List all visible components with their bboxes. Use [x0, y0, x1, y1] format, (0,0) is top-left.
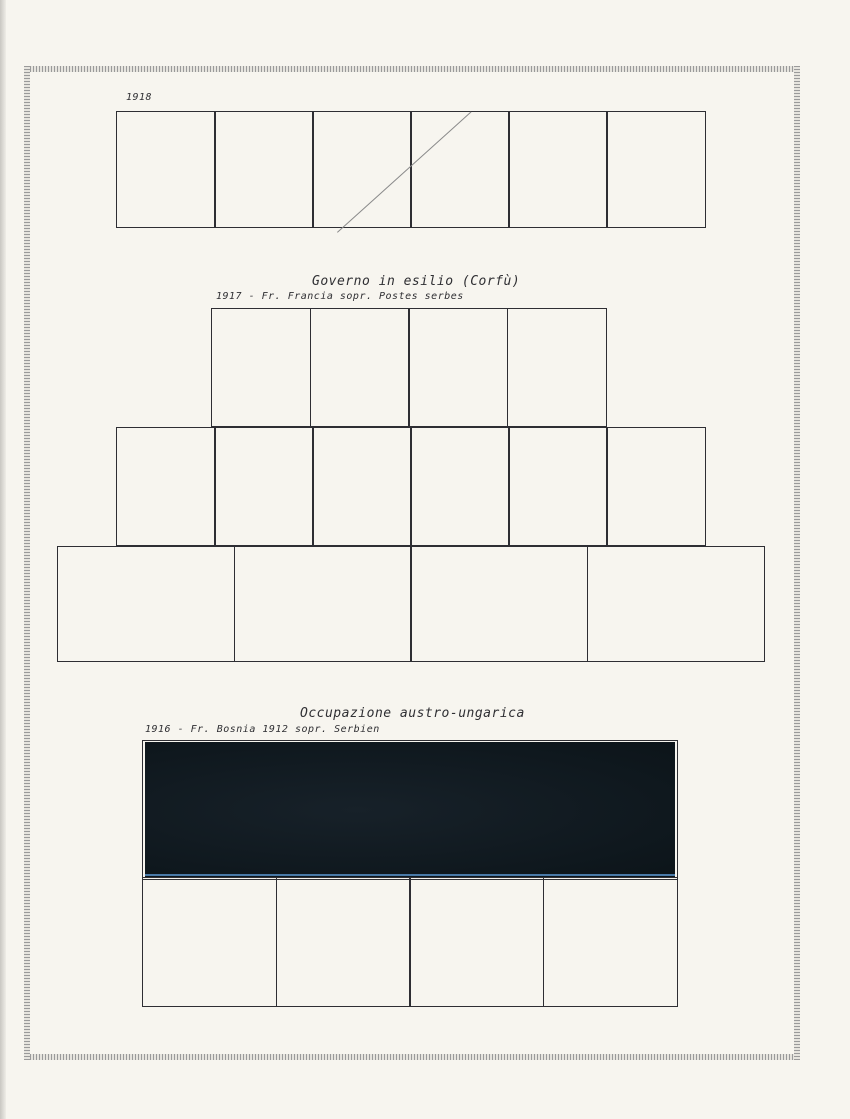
frame-top-border: [24, 66, 800, 72]
mount-edge: [145, 874, 675, 876]
section2-stamp-slot[interactable]: [310, 308, 410, 427]
section2-stamp-slot[interactable]: [508, 427, 608, 546]
page-left-edge: [0, 0, 6, 1119]
section2-stamp-slot[interactable]: [214, 427, 314, 546]
section2-stamp-slot[interactable]: [234, 546, 412, 662]
section2-stamp-slot[interactable]: [211, 308, 311, 427]
section2-title: Governo in esilio (Corfù): [312, 274, 520, 289]
section2-stamp-slot[interactable]: [57, 546, 235, 662]
section2-stamp-slot[interactable]: [606, 427, 706, 546]
black-stamp-mount[interactable]: [145, 742, 675, 878]
section1-stamp-slot[interactable]: [410, 111, 510, 228]
section1-stamp-slot[interactable]: [116, 111, 216, 228]
section3-stamp-slot[interactable]: [543, 877, 678, 1007]
section3-stamp-slot[interactable]: [409, 877, 544, 1007]
section2-stamp-slot[interactable]: [410, 427, 510, 546]
section3-title: Occupazione austro-ungarica: [300, 706, 525, 721]
section2-stamp-slot[interactable]: [410, 546, 588, 662]
section1-stamp-slot[interactable]: [214, 111, 314, 228]
section2-subtitle: 1917 - Fr. Francia sopr. Postes serbes: [216, 291, 464, 302]
frame-bottom-border: [24, 1054, 800, 1060]
section3-stamp-slot[interactable]: [142, 877, 277, 1007]
frame-left-border: [24, 66, 30, 1060]
section3-stamp-slot[interactable]: [276, 877, 411, 1007]
section1-stamp-slot[interactable]: [508, 111, 608, 228]
section2-stamp-slot[interactable]: [587, 546, 765, 662]
section3-subtitle: 1916 - Fr. Bosnia 1912 sopr. Serbien: [145, 724, 380, 735]
frame-right-border: [794, 66, 800, 1060]
section2-stamp-slot[interactable]: [312, 427, 412, 546]
section2-stamp-slot[interactable]: [116, 427, 216, 546]
section1-year-label: 1918: [126, 92, 152, 103]
section2-stamp-slot[interactable]: [408, 308, 508, 427]
section1-stamp-slot[interactable]: [606, 111, 706, 228]
section2-stamp-slot[interactable]: [507, 308, 607, 427]
